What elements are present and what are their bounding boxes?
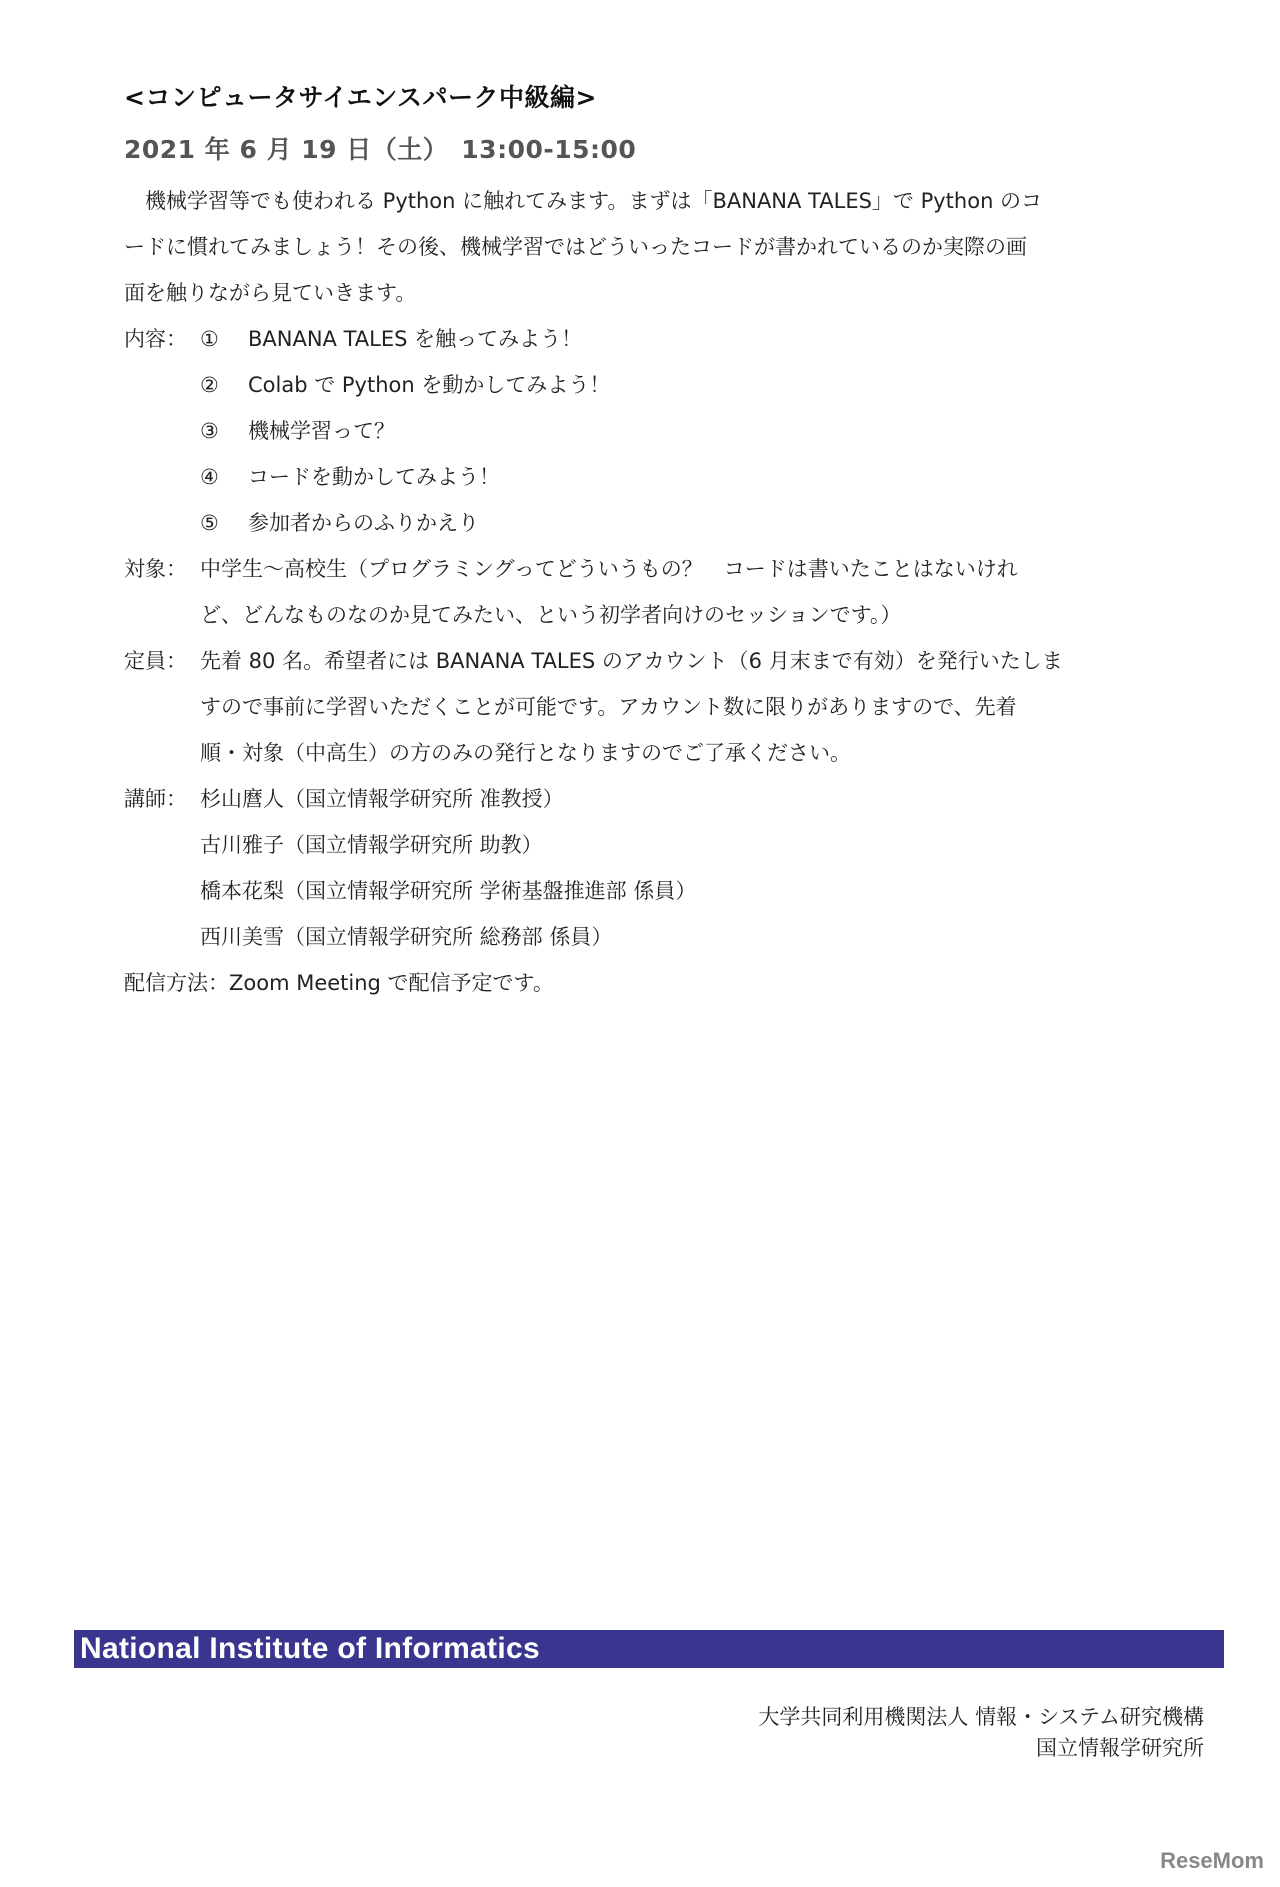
intro-paragraph: 機械学習等でも使われる Python に触れてみます。まずは「BANANA TA… <box>124 178 1164 316</box>
capacity-text: すので事前に学習いただくことが可能です。アカウント数に限りがありますので、先着 <box>200 684 1017 730</box>
delivery-label: 配信方法： <box>124 960 229 1006</box>
organization-name: 大学共同利用機関法人 情報・システム研究機構 国立情報学研究所 <box>758 1702 1204 1764</box>
instructor-name: 西川美雪（国立情報学研究所 総務部 係員） <box>200 914 612 960</box>
nii-logo-banner: National Institute of Informatics <box>74 1630 1224 1668</box>
contents-item: ⑤参加者からのふりかえり <box>200 500 479 546</box>
capacity-text: 順・対象（中高生）の方のみの発行となりますのでご了承ください。 <box>200 730 851 776</box>
target-section: 対象： 中学生～高校生（プログラミングってどういうもの？ コードは書いたことはな… <box>124 546 1164 638</box>
target-text: 中学生～高校生（プログラミングってどういうもの？ コードは書いたことはないけれ <box>200 546 1018 592</box>
event-date-time: 2021 年 6 月 19 日（土） 13:00-15:00 <box>124 130 636 166</box>
contents-item: ③機械学習って？ <box>200 408 395 454</box>
delivery-section: 配信方法： Zoom Meeting で配信予定です。 <box>124 960 1164 1006</box>
contents-item: ②Colab で Python を動かしてみよう！ <box>200 362 610 408</box>
resemom-watermark-logo: ReseMom <box>1160 1848 1264 1874</box>
target-text: ど、どんなものなのか見てみたい、という初学者向けのセッションです。） <box>200 592 901 638</box>
intro-line: 機械学習等でも使われる Python に触れてみます。まずは「BANANA TA… <box>124 178 1164 224</box>
instructor-name: 杉山麿人（国立情報学研究所 准教授） <box>200 776 564 822</box>
target-label: 対象： <box>124 546 200 592</box>
instructors-label: 講師： <box>124 776 200 822</box>
contents-item: ①BANANA TALES を触ってみよう！ <box>200 316 582 362</box>
delivery-text: Zoom Meeting で配信予定です。 <box>229 960 554 1006</box>
document-title: <コンピュータサイエンスパーク中級編> <box>124 78 597 114</box>
organization-line: 国立情報学研究所 <box>758 1733 1204 1764</box>
instructor-name: 橋本花梨（国立情報学研究所 学術基盤推進部 係員） <box>200 868 696 914</box>
document-body: 機械学習等でも使われる Python に触れてみます。まずは「BANANA TA… <box>124 178 1164 1006</box>
intro-line: ードに慣れてみましょう！その後、機械学習ではどういったコードが書かれているのか実… <box>124 224 1164 270</box>
contents-section: 内容： ①BANANA TALES を触ってみよう！ ②Colab で Pyth… <box>124 316 1164 546</box>
intro-line: 面を触りながら見ていきます。 <box>124 270 1164 316</box>
capacity-section: 定員： 先着 80 名。希望者には BANANA TALES のアカウント（6 … <box>124 638 1164 776</box>
contents-item: ④コードを動かしてみよう！ <box>200 454 500 500</box>
instructors-section: 講師： 杉山麿人（国立情報学研究所 准教授） 古川雅子（国立情報学研究所 助教）… <box>124 776 1164 960</box>
capacity-label: 定員： <box>124 638 200 684</box>
organization-line: 大学共同利用機関法人 情報・システム研究機構 <box>758 1702 1204 1733</box>
contents-label: 内容： <box>124 316 200 362</box>
capacity-text: 先着 80 名。希望者には BANANA TALES のアカウント（6 月末まで… <box>200 638 1063 684</box>
instructor-name: 古川雅子（国立情報学研究所 助教） <box>200 822 543 868</box>
